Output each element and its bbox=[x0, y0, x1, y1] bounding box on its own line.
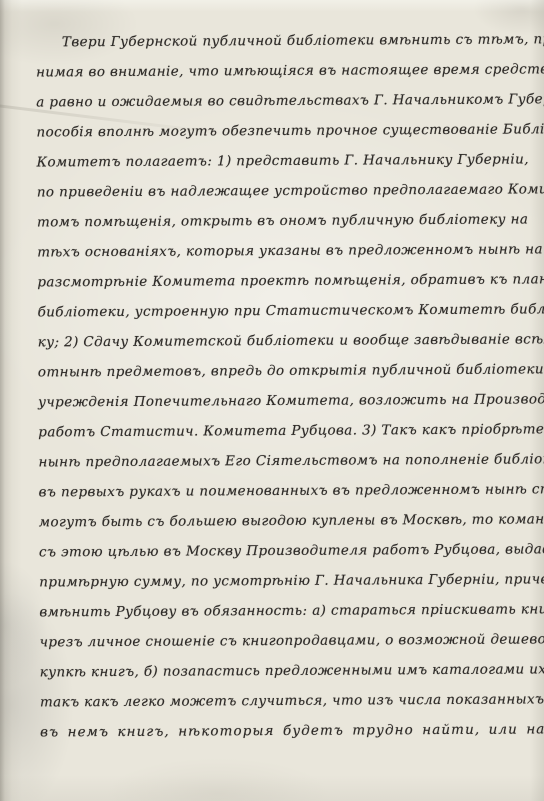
manuscript-line: съ этою цѣлью въ Москву Производителя ра… bbox=[39, 535, 509, 568]
manuscript-line: тѣхъ основаніяхъ, которыя указаны въ пре… bbox=[37, 235, 507, 268]
manuscript-line: работъ Статистич. Комитета Рубцова. 3) Т… bbox=[38, 415, 508, 448]
manuscript-line: томъ помѣщенія, открыть въ ономъ публичн… bbox=[37, 205, 507, 238]
manuscript-line: въ первыхъ рукахъ и поименованныхъ въ пр… bbox=[39, 475, 509, 508]
manuscript-page: Твери Губернской публичной библіотеки вм… bbox=[0, 0, 544, 801]
manuscript-line: учрежденія Попечительнаго Комитета, возл… bbox=[38, 385, 508, 418]
manuscript-line: чрезъ личное сношеніе съ книгопродавцами… bbox=[39, 625, 509, 658]
manuscript-line: отнынѣ предметовъ, впредь до открытія пу… bbox=[38, 355, 508, 388]
manuscript-line: ку; 2) Сдачу Комитетской библіотеки и во… bbox=[38, 325, 508, 358]
manuscript-line: Твери Губернской публичной библіотеки вм… bbox=[36, 25, 506, 58]
manuscript-line: а равно и ожидаемыя во свидѣтельствахъ Г… bbox=[36, 85, 506, 118]
manuscript-line: библіотеки, устроенную при Статистическо… bbox=[37, 295, 507, 328]
manuscript-line: нынѣ предполагаемыхъ Его Сіятельствомъ н… bbox=[38, 445, 508, 478]
manuscript-line: Комитетъ полагаетъ: 1) представить Г. На… bbox=[37, 145, 507, 178]
manuscript-line: могутъ быть съ большею выгодою куплены в… bbox=[39, 505, 509, 538]
manuscript-line: разсмотрѣніе Комитета проектѣ помѣщенія,… bbox=[37, 265, 507, 298]
manuscript-line: купкѣ книгъ, б) позапастись предложенным… bbox=[40, 655, 510, 688]
manuscript-line: пособія вполнѣ могутъ обезпечить прочное… bbox=[36, 115, 506, 148]
manuscript-line: по приведеніи въ надлежащее устройство п… bbox=[37, 175, 507, 208]
manuscript-line: примѣрную сумму, по усмотрѣнію Г. Началь… bbox=[39, 565, 509, 598]
manuscript-line: въ немъ книгъ, нѣкоторыя будетъ трудно н… bbox=[40, 715, 510, 748]
manuscript-line: вмѣнить Рубцову въ обязанность: а) стара… bbox=[39, 595, 509, 628]
handwritten-text-block: Твери Губернской публичной библіотеки вм… bbox=[36, 25, 510, 748]
manuscript-line: нимая во вниманіе, что имѣющіяся въ наст… bbox=[36, 55, 506, 88]
manuscript-line: такъ какъ легко можетъ случиться, что из… bbox=[40, 685, 510, 718]
